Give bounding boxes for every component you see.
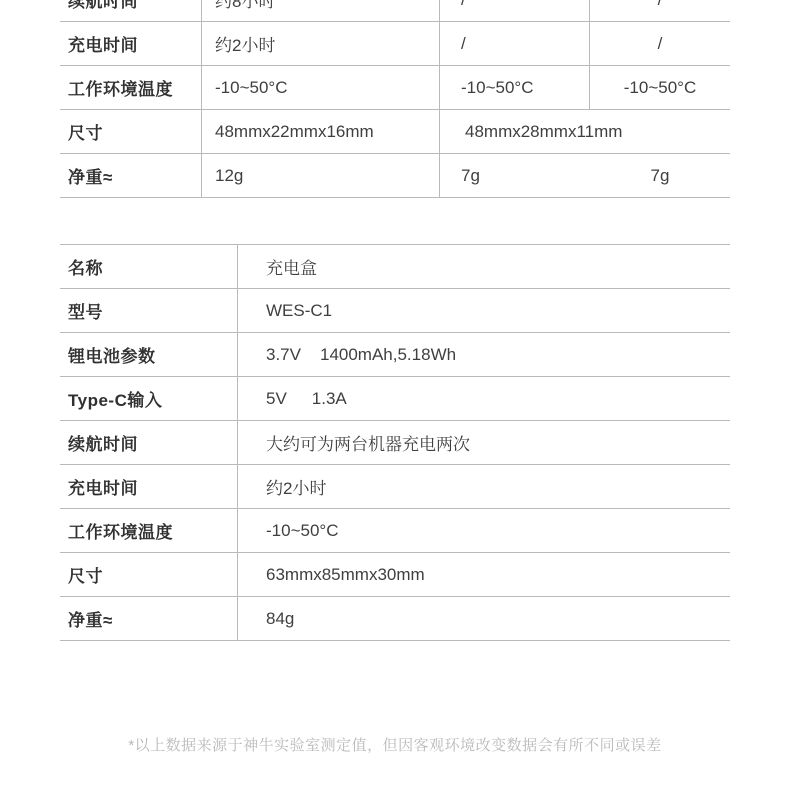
input-voltage: 5V [266,389,287,409]
spec-value: 63mmx85mmx30mm [238,553,730,596]
spec-value: -10~50°C [440,66,590,109]
table-row-battery-params: 锂电池参数 3.7V 1400mAh,5.18Wh [60,333,730,377]
spec-value: 48mmx28mmx11mm [440,110,730,153]
input-current: 1.3A [312,389,347,409]
spec-value: -10~50°C [590,66,730,109]
product-spec-page: 续航时间 约8小时 / / 充电时间 约2小时 / / 工作环境温度 -10~5… [0,0,790,796]
battery-capacity: 1400mAh,5.18Wh [320,345,456,365]
table-row-charge-time: 充电时间 约2小时 [60,465,730,509]
spec-value: 3.7V 1400mAh,5.18Wh [238,333,730,376]
spec-value: 7g [440,154,590,197]
spec-value: / [590,0,730,21]
spec-table-charging-case: 名称 充电盒 型号 WES-C1 锂电池参数 3.7V 1400mAh,5.18… [60,244,730,641]
table-row-operating-temp: 工作环境温度 -10~50°C [60,509,730,553]
table-row-typec-input: Type-C输入 5V 1.3A [60,377,730,421]
lab-data-disclaimer: *以上数据来源于神牛实验室测定值，但因客观环境改变数据会有所不同或误差 [0,734,790,755]
table-row-dimensions: 尺寸 63mmx85mmx30mm [60,553,730,597]
table-row-battery-life: 续航时间 大约可为两台机器充电两次 [60,421,730,465]
table-row-charge-time: 充电时间 约2小时 / / [60,22,730,66]
spec-label: Type-C输入 [60,377,238,420]
spec-value: 12g [202,154,440,197]
spec-label: 充电时间 [60,465,238,508]
spec-value: WES-C1 [238,289,730,332]
spec-value: 大约可为两台机器充电两次 [238,421,730,464]
table-row-name: 名称 充电盒 [60,245,730,289]
table-row-dimensions: 尺寸 48mmx22mmx16mm 48mmx28mmx11mm [60,110,730,154]
table-row-net-weight: 净重≈ 12g 7g 7g [60,154,730,198]
spec-value: 充电盒 [238,245,730,288]
spec-label: 工作环境温度 [60,509,238,552]
spec-value: / [590,22,730,65]
spec-label: 尺寸 [60,553,238,596]
spec-value: -10~50°C [238,509,730,552]
spec-value: 约2小时 [238,465,730,508]
spec-label: 名称 [60,245,238,288]
spec-value: / [440,0,590,21]
spec-value: 5V 1.3A [238,377,730,420]
table-row-net-weight: 净重≈ 84g [60,597,730,641]
spec-label: 净重≈ [60,597,238,640]
spec-value: -10~50°C [202,66,440,109]
spec-value: 约2小时 [202,22,440,65]
spec-label: 型号 [60,289,238,332]
battery-voltage: 3.7V [266,345,301,365]
spec-table-devices: 续航时间 约8小时 / / 充电时间 约2小时 / / 工作环境温度 -10~5… [60,0,730,198]
spec-value: 7g [590,154,730,197]
spec-value: 84g [238,597,730,640]
spec-value: 约8小时 [202,0,440,21]
spec-label: 充电时间 [60,22,202,65]
table-row-battery-life: 续航时间 约8小时 / / [60,0,730,22]
spec-label: 锂电池参数 [60,333,238,376]
spec-value: 48mmx22mmx16mm [202,110,440,153]
spec-label: 尺寸 [60,110,202,153]
spec-label: 净重≈ [60,154,202,197]
spec-label: 续航时间 [60,421,238,464]
spec-label: 工作环境温度 [60,66,202,109]
table-row-model: 型号 WES-C1 [60,289,730,333]
spec-label: 续航时间 [60,0,202,21]
spec-value: / [440,22,590,65]
table-row-operating-temp: 工作环境温度 -10~50°C -10~50°C -10~50°C [60,66,730,110]
